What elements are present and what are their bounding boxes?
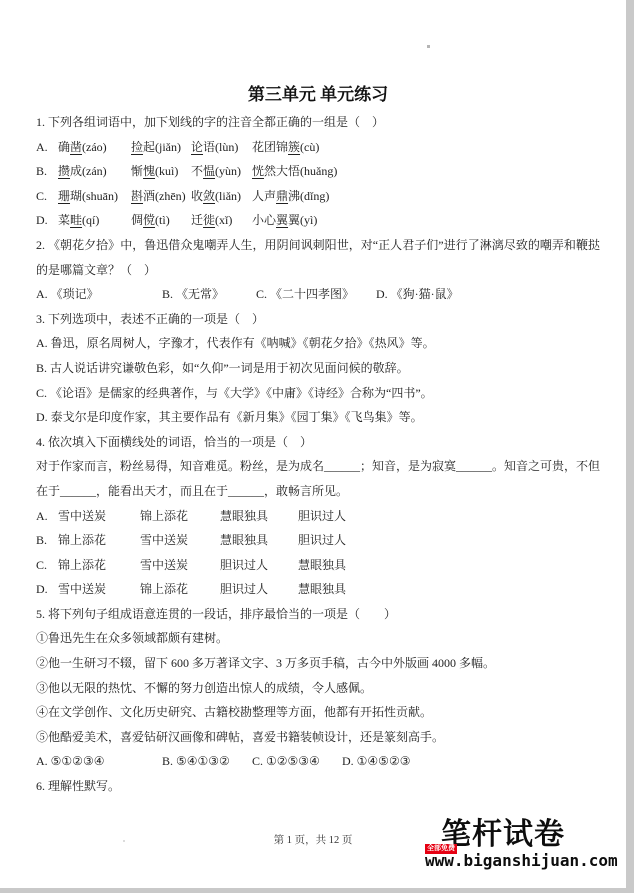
q4-option-a: A. 雪中送炭 锦上添花 慧眼独具 胆识过人 <box>36 504 600 529</box>
word: 胆识过人 <box>298 528 600 553</box>
word: 锦上添花 <box>58 528 140 553</box>
option-label: C. <box>36 184 58 209</box>
q5-sentence-5: ⑤他酷爱美术，喜爱钻研汉画像和碑帖，喜爱书籍装帧设计，还是篆刻高手。 <box>36 725 600 750</box>
word: 胆识过人 <box>220 553 298 578</box>
q1-option-b: B. 攒成(zán) 惭愧(kuì) 不愠(yùn) 恍然大悟(huǎng) <box>36 159 600 184</box>
word: 慧眼独具 <box>220 528 298 553</box>
word-underlined: 傥 <box>143 213 155 227</box>
word: 不愠(yùn) <box>191 159 252 184</box>
word: 雪中送炭 <box>58 504 140 529</box>
word-pre: 倜 <box>131 213 143 227</box>
word-post: (kuì) <box>155 164 178 178</box>
word-underlined: 凿 <box>70 140 82 154</box>
word-underlined: 捡 <box>131 140 143 154</box>
q5-option-b: B. ⑤④①③② <box>162 749 252 774</box>
page-content: 第三单元 单元练习 1. 下列各组词语中，加下划线的字的注音全都正确的一组是（ … <box>0 0 626 799</box>
word: 慧眼独具 <box>298 553 600 578</box>
word: 锦上添花 <box>140 504 220 529</box>
word: 迁徙(xǐ) <box>191 208 252 233</box>
word-underlined: 愠 <box>203 164 215 178</box>
option-label: C. <box>36 553 58 578</box>
word-post: 然大悟(huǎng) <box>264 164 337 178</box>
word-pre: 人声 <box>252 189 276 203</box>
stray-mark-bottom <box>123 840 125 842</box>
q5-stem: 5. 将下列句子组成语意连贯的一段话，排序最恰当的一项是（ ） <box>36 602 600 627</box>
word-pre: 不 <box>191 164 203 178</box>
option-label: D. <box>36 577 58 602</box>
word-post: 语(lùn) <box>203 140 238 154</box>
q4-option-b: B. 锦上添花 雪中送炭 慧眼独具 胆识过人 <box>36 528 600 553</box>
q2-option-c: C. 《二十四孝图》 <box>256 282 376 307</box>
viewer-gutter-bottom <box>0 888 634 893</box>
word: 雪中送炭 <box>58 577 140 602</box>
word: 惭愧(kuì) <box>131 159 191 184</box>
q5-sentence-3: ③他以无限的热忱、不懈的努力创造出惊人的成绩，令人感佩。 <box>36 676 600 701</box>
word: 斟酒(zhēn) <box>131 184 191 209</box>
word-underlined: 簇 <box>288 140 300 154</box>
word-pre: 小心 <box>252 213 276 227</box>
word-post: 沸(dǐng) <box>288 189 329 203</box>
q4-stem: 4. 依次填入下面横线处的词语，恰当的一项是（ ） <box>36 430 600 455</box>
word-pre: 花团锦 <box>252 140 288 154</box>
word-underlined: 徙 <box>203 213 215 227</box>
q4-intro: 对于作家而言，粉丝易得，知音难觅。粉丝，是为成名______；知音，是为寂寞__… <box>36 454 600 503</box>
word-pre: 收 <box>191 189 203 203</box>
word: 收敛(liǎn) <box>191 184 252 209</box>
q5-sentence-2: ②他一生研习不辍，留下 600 多万著译文字、3 万多页手稿，古今中外版画 40… <box>36 651 600 676</box>
word: 雪中送炭 <box>140 553 220 578</box>
q3-stem: 3. 下列选项中，表述不正确的一项是（ ） <box>36 307 600 332</box>
word-underlined: 愧 <box>143 164 155 178</box>
word-underlined: 鼎 <box>276 189 288 203</box>
word: 珊瑚(shuān) <box>58 184 131 209</box>
q1-option-c: C. 珊瑚(shuān) 斟酒(zhēn) 收敛(liǎn) 人声鼎沸(dǐng… <box>36 184 600 209</box>
word: 人声鼎沸(dǐng) <box>252 184 600 209</box>
word-underlined: 珊 <box>58 189 70 203</box>
q6-stem: 6. 理解性默写。 <box>36 774 600 799</box>
word-pre: 惭 <box>131 164 143 178</box>
q1-option-d: D. 菜畦(qí) 倜傥(tì) 迁徙(xǐ) 小心翼翼(yì) <box>36 208 600 233</box>
q4-option-c: C. 锦上添花 雪中送炭 胆识过人 慧眼独具 <box>36 553 600 578</box>
watermark: 笔杆试卷 全部免费 www.biganshijuan.com <box>425 818 615 870</box>
word: 捡起(jiǎn) <box>131 135 191 160</box>
word-post: (yùn) <box>215 164 241 178</box>
word: 小心翼翼(yì) <box>252 208 600 233</box>
q5-options: A. ⑤①②③④ B. ⑤④①③② C. ①②⑤③④ D. ①④⑤②③ <box>36 749 600 774</box>
q3-option-a: A. 鲁迅，原名周树人，字豫才，代表作有《呐喊》《朝花夕拾》《热风》等。 <box>36 331 600 356</box>
word: 锦上添花 <box>140 577 220 602</box>
q4-option-d: D. 雪中送炭 锦上添花 胆识过人 慧眼独具 <box>36 577 600 602</box>
option-label: A. <box>36 504 58 529</box>
word: 慧眼独具 <box>298 577 600 602</box>
word: 攒成(zán) <box>58 159 131 184</box>
q2-options: A. 《琐记》 B. 《无常》 C. 《二十四孝图》 D. 《狗·猫·鼠》 <box>36 282 600 307</box>
word-underlined: 斟 <box>131 189 143 203</box>
q5-sentence-1: ①鲁迅先生在众多领域都颇有建树。 <box>36 626 600 651</box>
word-underlined: 敛 <box>203 189 215 203</box>
word-post: (xǐ) <box>215 213 232 227</box>
word-post: 翼(yì) <box>288 213 317 227</box>
word: 确凿(záo) <box>58 135 131 160</box>
watermark-brand-text: 笔杆试卷 <box>441 818 615 852</box>
word-underlined: 论 <box>191 140 203 154</box>
option-label: D. <box>36 208 58 233</box>
word-post: (qí) <box>82 213 99 227</box>
q5-option-a: A. ⑤①②③④ <box>36 749 162 774</box>
watermark-free-badge: 全部免费 <box>425 844 457 854</box>
exam-page: 第三单元 单元练习 1. 下列各组词语中，加下划线的字的注音全都正确的一组是（ … <box>0 0 626 888</box>
q5-option-c: C. ①②⑤③④ <box>252 749 342 774</box>
q1-stem: 1. 下列各组词语中，加下划线的字的注音全都正确的一组是（ ） <box>36 110 600 135</box>
word: 论语(lùn) <box>191 135 252 160</box>
word-pre: 菜 <box>58 213 70 227</box>
word-post: 瑚(shuān) <box>70 189 118 203</box>
word: 慧眼独具 <box>220 504 298 529</box>
word-post: (liǎn) <box>215 189 241 203</box>
q2-option-d: D. 《狗·猫·鼠》 <box>376 282 600 307</box>
option-label: B. <box>36 528 58 553</box>
word: 菜畦(qí) <box>58 208 131 233</box>
watermark-url: www.biganshijuan.com <box>425 852 615 870</box>
word-post: (tì) <box>155 213 170 227</box>
word: 胆识过人 <box>298 504 600 529</box>
word: 雪中送炭 <box>140 528 220 553</box>
page-title: 第三单元 单元练习 <box>36 0 600 106</box>
word: 恍然大悟(huǎng) <box>252 159 600 184</box>
q3-option-d: D. 泰戈尔是印度作家，其主要作品有《新月集》《园丁集》《飞鸟集》等。 <box>36 405 600 430</box>
q5-option-d: D. ①④⑤②③ <box>342 749 600 774</box>
q2-option-a: A. 《琐记》 <box>36 282 162 307</box>
option-label: A. <box>36 135 58 160</box>
q2-option-b: B. 《无常》 <box>162 282 256 307</box>
word: 倜傥(tì) <box>131 208 191 233</box>
viewer-gutter-right <box>626 0 634 893</box>
word-post: 酒(zhēn) <box>143 189 186 203</box>
q5-sentence-4: ④在文学创作、文化历史研究、古籍校勘整理等方面，他都有开拓性贡献。 <box>36 700 600 725</box>
word-post: (cù) <box>300 140 319 154</box>
stray-mark-top <box>427 45 430 48</box>
word-underlined: 畦 <box>70 213 82 227</box>
q3-option-c: C. 《论语》是儒家的经典著作，与《大学》《中庸》《诗经》合称为“四书”。 <box>36 381 600 406</box>
word-post: 成(zán) <box>70 164 107 178</box>
q3-option-b: B. 古人说话讲究谦敬色彩，如“久仰”一词是用于初次见面问候的敬辞。 <box>36 356 600 381</box>
word-pre: 迁 <box>191 213 203 227</box>
option-label: B. <box>36 159 58 184</box>
word-post: (záo) <box>82 140 107 154</box>
word-post: 起(jiǎn) <box>143 140 181 154</box>
word: 胆识过人 <box>220 577 298 602</box>
word-pre: 确 <box>58 140 70 154</box>
word: 锦上添花 <box>58 553 140 578</box>
word-underlined: 翼 <box>276 213 288 227</box>
q2-stem: 2. 《朝花夕拾》中，鲁迅借众鬼嘲弄人生，用阴间讽刺阳世，对“正人君子们”进行了… <box>36 233 600 282</box>
word: 花团锦簇(cù) <box>252 135 600 160</box>
word-underlined: 恍 <box>252 164 264 178</box>
q1-option-a: A. 确凿(záo) 捡起(jiǎn) 论语(lùn) 花团锦簇(cù) <box>36 135 600 160</box>
word-underlined: 攒 <box>58 164 70 178</box>
